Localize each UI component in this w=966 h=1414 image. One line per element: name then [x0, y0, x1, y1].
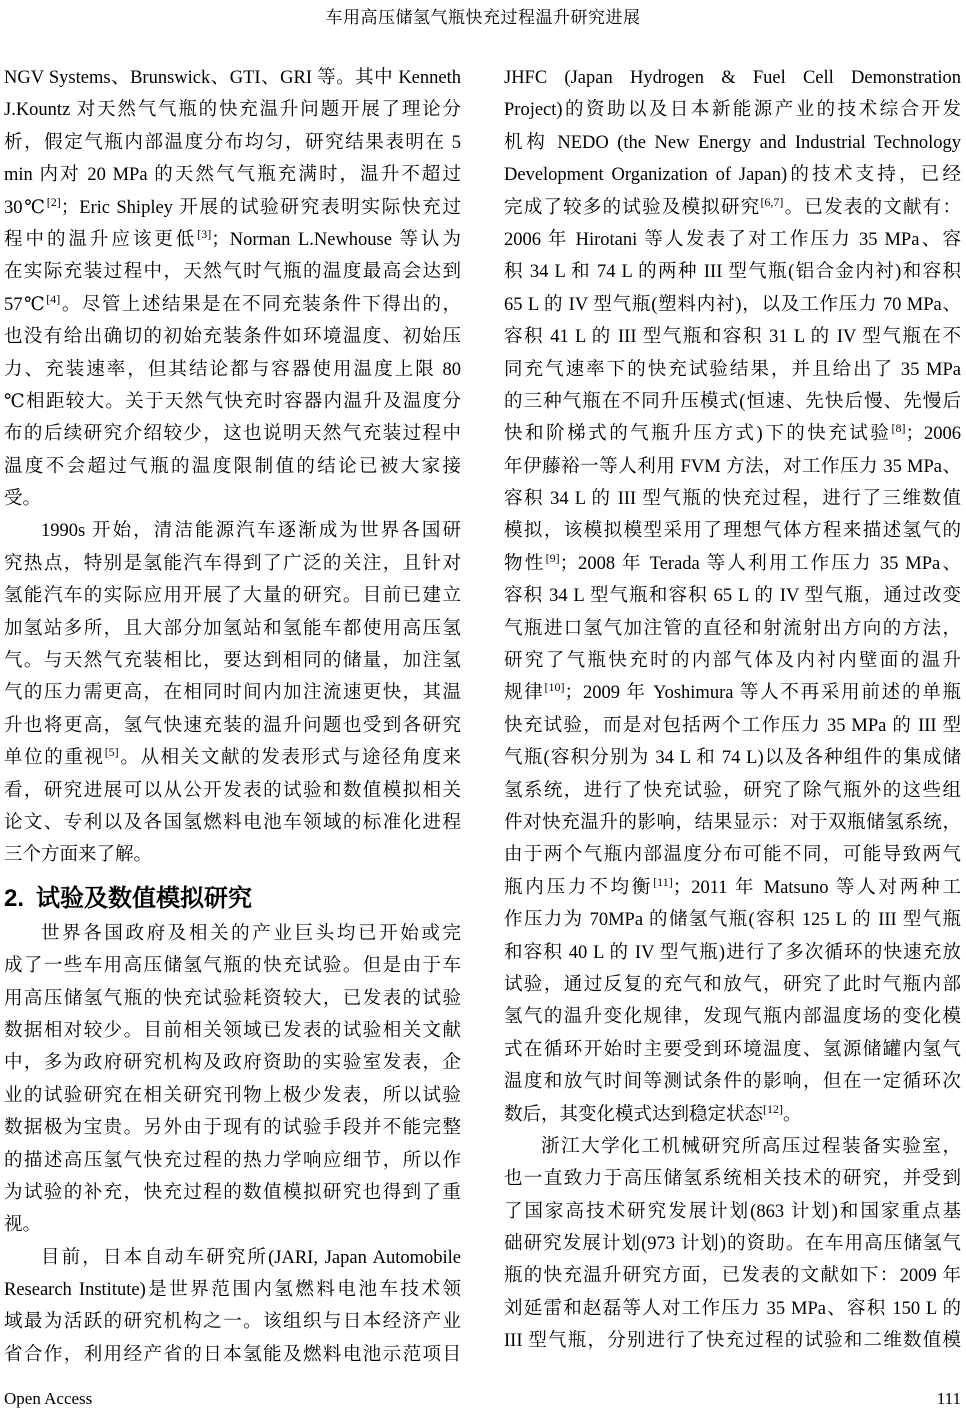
text-line: 域最为活跃的研究机构之一。该组织与日本经济产业 — [4, 1306, 461, 1338]
text-line: 看，研究进展可以从公开发表的试验和数值模拟相关 — [4, 775, 461, 807]
text-line: 气。与天然气充装相比，要达到相同的储量，加注氢 — [4, 645, 461, 677]
text-line: 业的试验研究在相关研究刊物上极少发表，所以试验 — [4, 1080, 461, 1112]
text-line: 数据相对较少。目前相关领域已发表的试验相关文献 — [4, 1015, 461, 1047]
footer-open-access-label: Open Access — [4, 1389, 92, 1409]
text-line: 也一直致力于高压储氢系统相关技术的研究，并受到 — [504, 1163, 961, 1195]
text-line: 容积 34 L 的 III 型气瓶的快充过程，进行了三维数值 — [504, 483, 961, 515]
right-column: JHFC (Japan Hydrogen & Fuel Cell Demonst… — [504, 62, 961, 1358]
text-line: 容积 41 L 的 III 型气瓶和容积 31 L 的 IV 型气瓶在不 — [504, 321, 961, 353]
text-line: 年伊藤裕一等人利用 FVM 方法，对工作压力 35 MPa、 — [504, 451, 961, 483]
text-line: 数后，其变化模式达到稳定状态[12]。 — [504, 1099, 961, 1131]
text-line: 机构 NEDO (the New Energy and Industrial T… — [504, 127, 961, 159]
footer-page-number: 111 — [937, 1389, 961, 1409]
text-line: ℃相距较大。关于天然气快充时容器内温升及温度分 — [4, 386, 461, 418]
text-line: 温度和放气时间等测试条件的影响，但在一定循环次 — [504, 1066, 961, 1098]
section-title: 试验及数值模拟研究 — [36, 885, 252, 912]
text-line: Project)的资助以及日本新能源产业的技术综合开发 — [504, 94, 961, 126]
left-column: NGV Systems、Brunswick、GTI、GRI 等。其中 Kenne… — [4, 62, 461, 1371]
text-line: 温度不会超过气瓶的温度限制值的结论已被大家接 — [4, 451, 461, 483]
text-line: 布的后续研究介绍较少，这也说明天然气充装过程中 — [4, 418, 461, 450]
text-line: 程中的温升应该更低[3]；Norman L.Newhouse 等认为 — [4, 224, 461, 256]
text-line: 快充试验，而是对包括两个工作压力 35 MPa 的 III 型 — [504, 710, 961, 742]
text-line: 础研究发展计划(973 计划)的资助。在车用高压储氢气 — [504, 1228, 961, 1260]
text-line: 在实际充装过程中，天然气时气瓶的温度最高会达到 — [4, 256, 461, 288]
text-line: 由于两个气瓶内部温度分布可能不同，可能导致两气 — [504, 839, 961, 871]
right-column-paragraphs: JHFC (Japan Hydrogen & Fuel Cell Demonst… — [504, 62, 961, 1358]
text-line: 中，多为政府研究机构及政府资助的实验室发表，企 — [4, 1047, 461, 1079]
text-line: NGV Systems、Brunswick、GTI、GRI 等。其中 Kenne… — [4, 62, 461, 94]
text-line: 升也将更高，氢气快速充装的温升问题也受到各研究 — [4, 710, 461, 742]
text-line: Research Institute)是世界范围内氢燃料电池车技术领 — [4, 1274, 461, 1306]
text-line: 气的压力需更高，在相同时间内加注流速更快，其温 — [4, 677, 461, 709]
page-header-running-title: 车用高压储氢气瓶快充过程温升研究进展 — [0, 3, 966, 28]
left-column-paragraphs-2: 世界各国政府及相关的产业巨头均已开始或完成了一些车用高压储氢气瓶的快充试验。但是… — [4, 918, 461, 1371]
text-line: 论文、专利以及各国氢燃料电池车领域的标准化进程 — [4, 807, 461, 839]
text-line: 成了一些车用高压储氢气瓶的快充试验。但是由于车 — [4, 950, 461, 982]
text-line: 积 34 L 和 74 L 的两种 III 型气瓶(铝合金内衬)和容积 — [504, 256, 961, 288]
text-line: 和容积 40 L 的 IV 型气瓶)进行了多次循环的快速充放 — [504, 937, 961, 969]
text-line: 1990s 开始，清洁能源汽车逐渐成为世界各国研 — [4, 515, 461, 547]
text-line: 用高压储氢气瓶的快充试验耗资较大，已发表的试验 — [4, 983, 461, 1015]
text-line: 试验，通过反复的充气和放气，研究了此时气瓶内部 — [504, 969, 961, 1001]
text-line: 气瓶(容积分别为 34 L 和 74 L)以及各种组件的集成储 — [504, 742, 961, 774]
citation-ref: [10] — [545, 680, 565, 694]
text-line: JHFC (Japan Hydrogen & Fuel Cell Demonst… — [504, 62, 961, 94]
text-line: 氢气的温升变化规律，发现气瓶内部温度场的变化模 — [504, 1001, 961, 1033]
text-line: 容积 34 L 型气瓶和容积 65 L 的 IV 型气瓶，通过改变 — [504, 580, 961, 612]
text-line: 作压力为 70MPa 的储氢气瓶(容积 125 L 的 III 型气瓶 — [504, 904, 961, 936]
text-line: 快和阶梯式的气瓶升压方式)下的快充试验[8]；2006 — [504, 418, 961, 450]
text-line: 析，假定气瓶内部温度分布均匀，研究结果表明在 5 — [4, 127, 461, 159]
text-line: 瓶的快充温升研究方面，已发表的文献如下：2009 年 — [504, 1260, 961, 1292]
text-line: 数据极为宝贵。另外由于现有的试验手段并不能完整 — [4, 1112, 461, 1144]
text-line: 三个方面来了解。 — [4, 839, 461, 871]
text-line: 刘延雷和赵磊等人对工作压力 35 MPa、容积 150 L 的 — [504, 1293, 961, 1325]
citation-ref: [6,7] — [760, 194, 783, 208]
text-line: 了国家高技术研究发展计划(863 计划)和国家重点基 — [504, 1196, 961, 1228]
text-line: 也没有给出确切的初始充装条件如环境温度、初始压 — [4, 321, 461, 353]
text-line: 力、充装速率，但其结论都与容器使用温度上限 80 — [4, 354, 461, 386]
text-line: 研究了气瓶快充时的内部气体及内衬内壁面的温升 — [504, 645, 961, 677]
text-line: 气瓶进口氢气加注管的直径和射流射出方向的方法， — [504, 613, 961, 645]
text-line: min 内对 20 MPa 的天然气气瓶充满时，温升不超过 — [4, 159, 461, 191]
text-line: 30℃[2]；Eric Shipley 开展的试验研究表明实际快充过 — [4, 192, 461, 224]
citation-ref: [12] — [763, 1101, 783, 1115]
citation-ref: [5] — [105, 745, 119, 759]
section-heading: 2.试验及数值模拟研究 — [4, 874, 461, 918]
text-line: 模拟，该模拟模型采用了理想气体方程来描述氢气的 — [504, 515, 961, 547]
text-line: 单位的重视[5]。从相关文献的发表形式与途径角度来 — [4, 742, 461, 774]
citation-ref: [9] — [546, 551, 560, 565]
text-line: 浙江大学化工机械研究所高压过程装备实验室， — [504, 1131, 961, 1163]
paper-page: 车用高压储氢气瓶快充过程温升研究进展 NGV Systems、Brunswick… — [0, 0, 966, 1414]
text-line: 物性[9]；2008 年 Terada 等人利用工作压力 35 MPa、 — [504, 548, 961, 580]
text-line: 瓶内压力不均衡[11]；2011 年 Matsuno 等人对两种工 — [504, 872, 961, 904]
text-line: 的描述高压氢气快充过程的热力学响应细节，所以作 — [4, 1145, 461, 1177]
text-line: 目前，日本自动车研究所(JARI, Japan Automobile — [4, 1242, 461, 1274]
text-line: 件对快充温升的影响，结果显示：对于双瓶储氢系统， — [504, 807, 961, 839]
text-line: 省合作，利用经产省的日本氢能及燃料电池示范项目 — [4, 1339, 461, 1371]
text-line: 65 L 的 IV 型气瓶(塑料内衬)，以及工作压力 70 MPa、 — [504, 289, 961, 321]
text-line: 加氢站多所，且大部分加氢站和氢能车都使用高压氢 — [4, 613, 461, 645]
citation-ref: [4] — [46, 292, 60, 306]
text-line: 同充气速率下的快充试验结果，并且给出了 35 MPa — [504, 354, 961, 386]
text-line: 视。 — [4, 1209, 461, 1241]
text-line: Development Organization of Japan)的技术支持，… — [504, 159, 961, 191]
citation-ref: [11] — [653, 875, 673, 889]
text-line: 的三种气瓶在不同升压模式(恒速、先快后慢、先慢后 — [504, 386, 961, 418]
text-line: 规律[10]；2009 年 Yoshimura 等人不再采用前述的单瓶 — [504, 677, 961, 709]
text-line: 究热点，特别是氢能汽车得到了广泛的关注，且针对 — [4, 548, 461, 580]
text-line: J.Kountz 对天然气气瓶的快充温升问题开展了理论分 — [4, 94, 461, 126]
text-line: 氢能汽车的实际应用开展了大量的研究。目前已建立 — [4, 580, 461, 612]
text-line: 为试验的补充，快充过程的数值模拟研究也得到了重 — [4, 1177, 461, 1209]
text-line: III 型气瓶，分别进行了快充过程的试验和二维数值模 — [504, 1325, 961, 1357]
citation-ref: [3] — [197, 227, 211, 241]
citation-ref: [2] — [47, 194, 61, 208]
text-line: 氢系统，进行了快充试验，研究了除气瓶外的这些组 — [504, 775, 961, 807]
text-line: 2006 年 Hirotani 等人发表了对工作压力 35 MPa、容 — [504, 224, 961, 256]
left-column-paragraphs-1: NGV Systems、Brunswick、GTI、GRI 等。其中 Kenne… — [4, 62, 461, 872]
text-line: 世界各国政府及相关的产业巨头均已开始或完 — [4, 918, 461, 950]
section-number: 2. — [4, 885, 24, 912]
citation-ref: [8] — [891, 421, 905, 435]
text-line: 57℃[4]。尽管上述结果是在不同充装条件下得出的， — [4, 289, 461, 321]
text-line: 受。 — [4, 483, 461, 515]
text-line: 式在循环开始时主要受到环境温度、氢源储罐内氢气 — [504, 1034, 961, 1066]
text-line: 完成了较多的试验及模拟研究[6,7]。已发表的文献有： — [504, 192, 961, 224]
